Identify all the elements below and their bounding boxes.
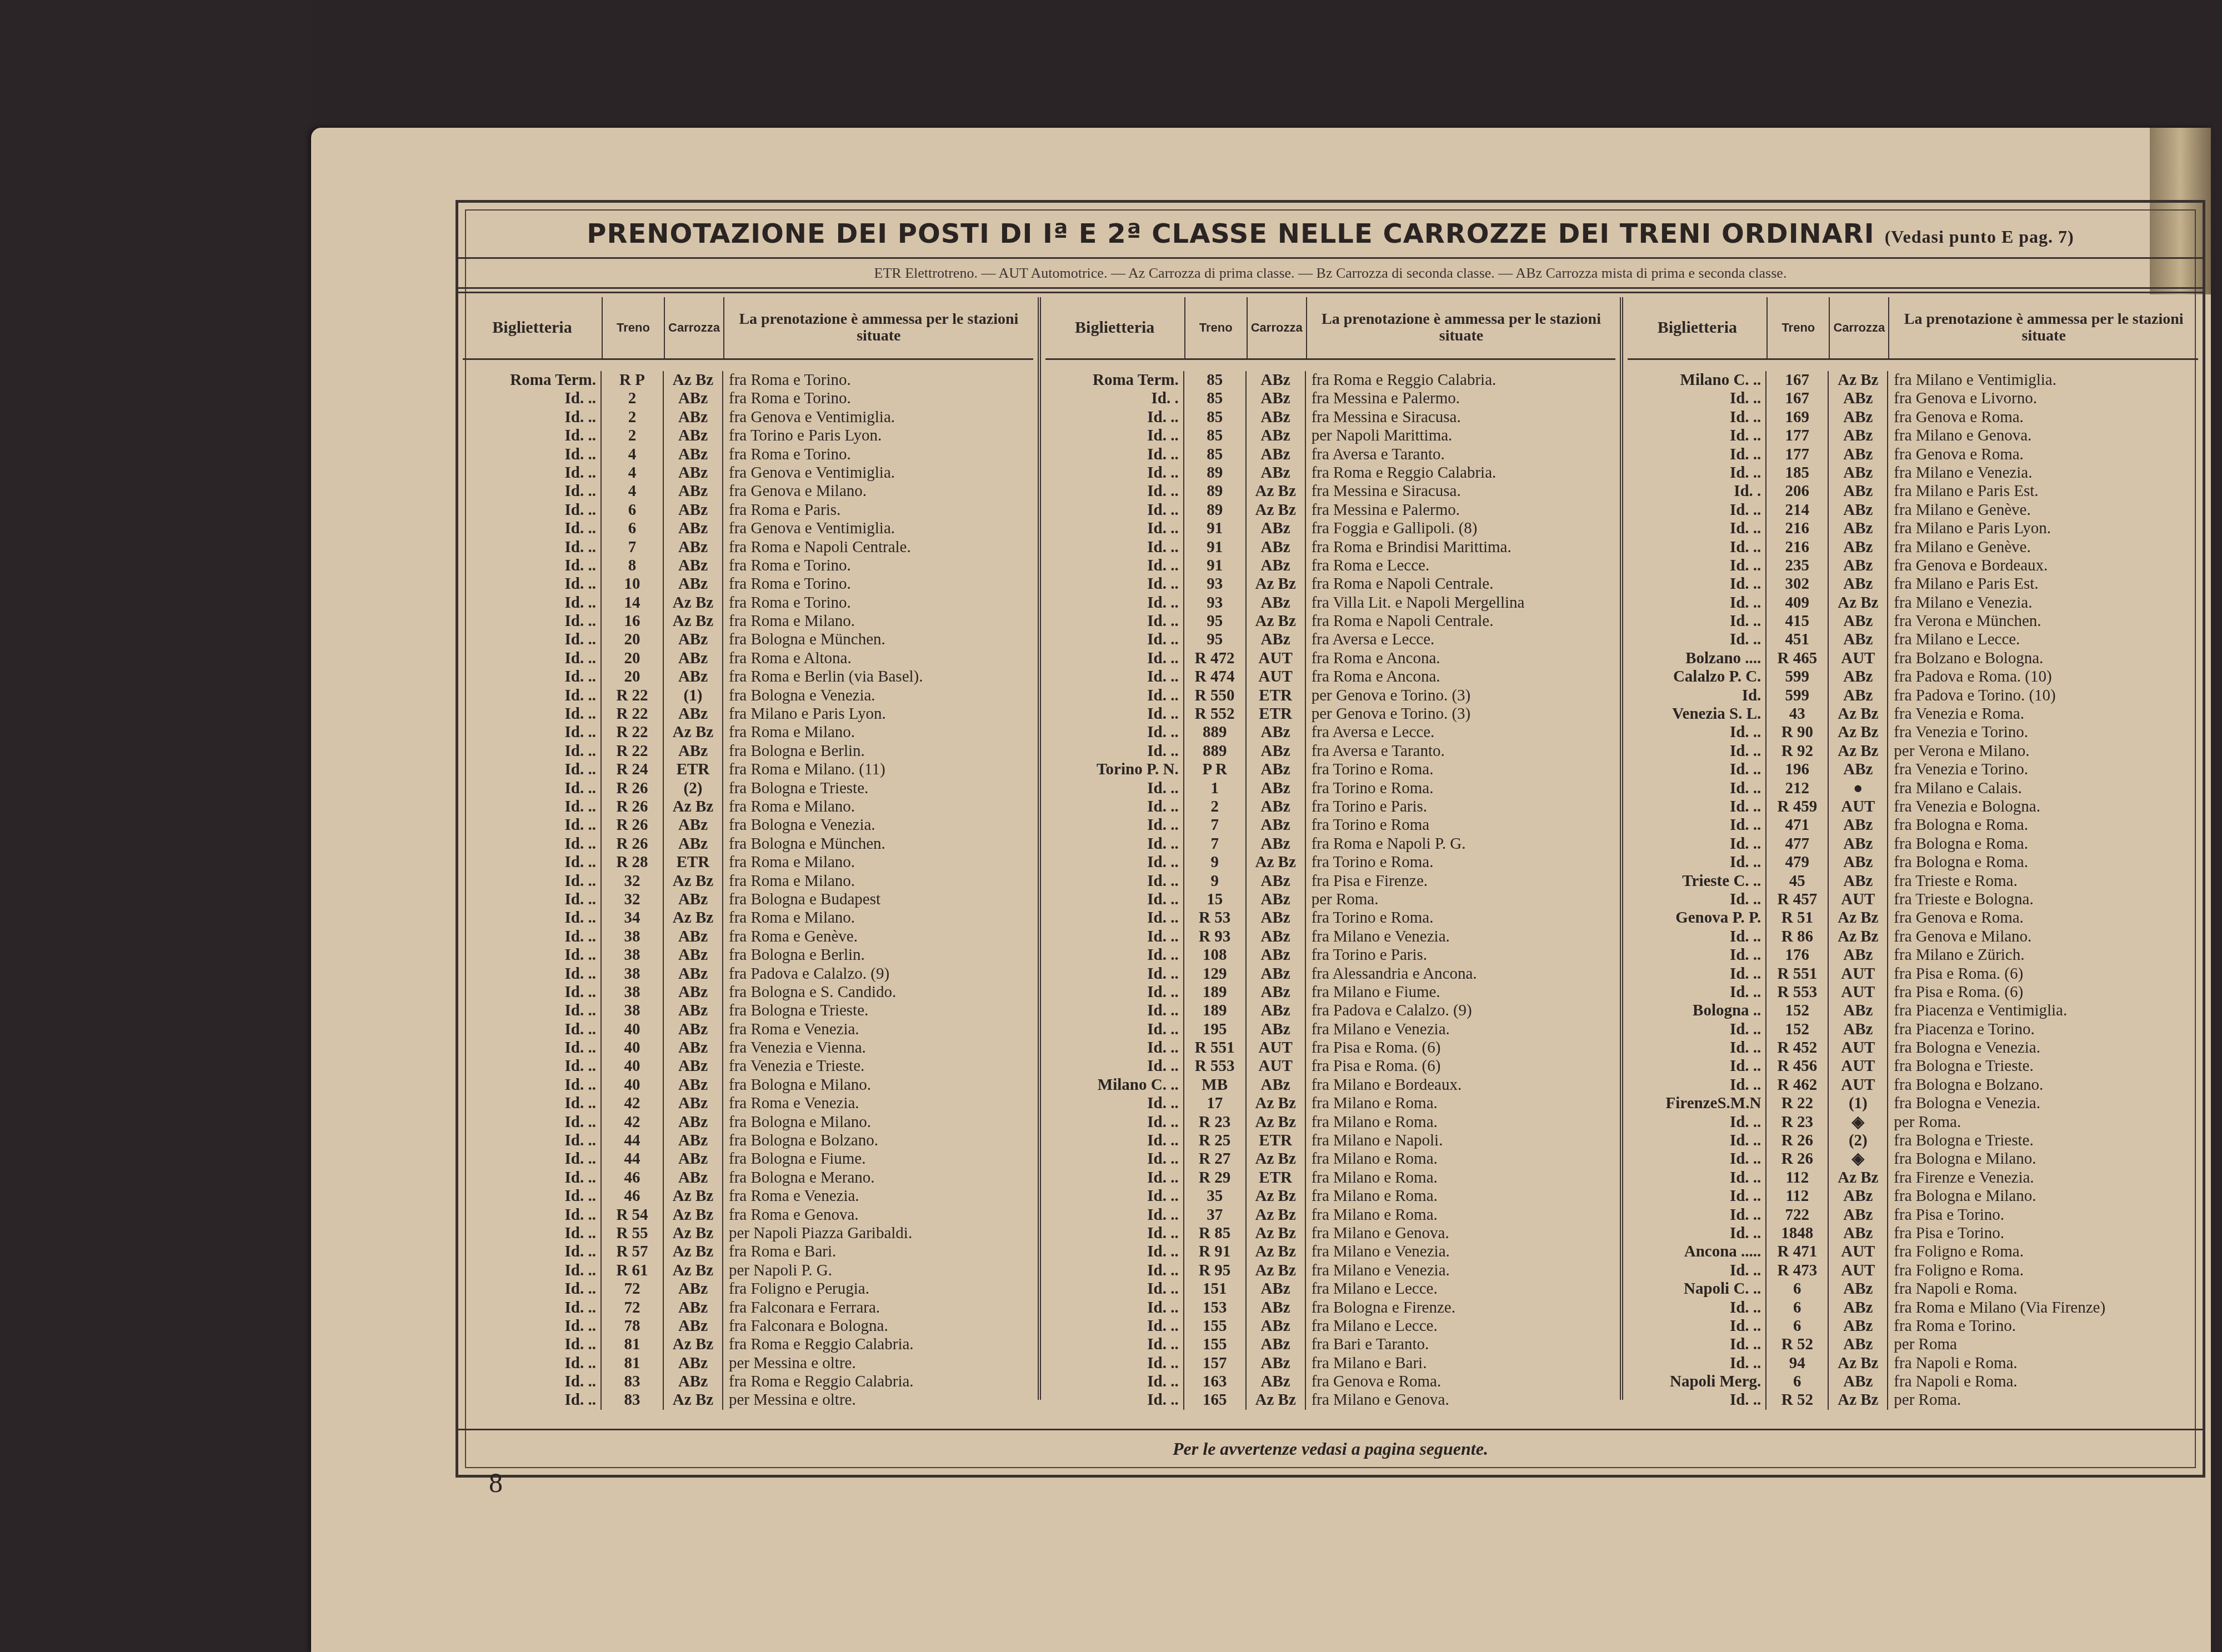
route-cell: fra Roma e Napoli Centrale. <box>1306 575 1616 593</box>
table-row: Id. ..167ABzfra Genova e Livorno. <box>1628 389 2198 408</box>
station-cell: Id. .. <box>1045 594 1184 612</box>
table-row: Napoli C. ..6ABzfra Napoli e Roma. <box>1628 1280 2198 1298</box>
car-cell: Az Bz <box>664 723 723 742</box>
divider <box>458 257 2203 259</box>
table-block-1: Biglietteria Treno Carrozza La prenotazi… <box>458 297 1041 1400</box>
table-row: Roma Term.85ABzfra Roma e Reggio Calabri… <box>1045 371 1616 389</box>
car-cell: AUT <box>1829 1243 1888 1261</box>
car-cell: Az Bz <box>1247 1206 1306 1224</box>
header-station: Biglietteria <box>1045 297 1185 358</box>
station-cell: Id. .. <box>1628 1224 1766 1243</box>
route-cell: per Roma. <box>1888 1113 2198 1132</box>
car-cell: ETR <box>1247 1132 1306 1150</box>
station-cell: Id. .. <box>1045 445 1184 464</box>
car-cell: ABz <box>1829 538 1888 557</box>
route-cell: fra Foligno e Perugia. <box>723 1280 1033 1298</box>
table-row: Id. ..72ABzfra Foligno e Perugia. <box>463 1280 1033 1298</box>
route-cell: fra Bologna e Roma. <box>1888 835 2198 853</box>
table-row: Id. ..415ABzfra Verona e München. <box>1628 612 2198 630</box>
car-cell: Az Bz <box>664 872 723 890</box>
car-cell: ABz <box>1247 464 1306 482</box>
route-cell: fra Bologna e München. <box>723 630 1033 649</box>
station-cell: Id. .. <box>1628 928 1766 946</box>
table-row: Id. ..R 28ETRfra Roma e Milano. <box>463 853 1033 872</box>
route-cell: fra Bologna e Milano. <box>1888 1150 2198 1168</box>
train-cell: 7 <box>1184 816 1247 834</box>
car-cell: ABz <box>664 705 723 723</box>
station-cell: Id. .. <box>1045 890 1184 909</box>
table-row: Id. ..83Az Bzper Messina e oltre. <box>463 1391 1033 1409</box>
route-cell: fra Roma e Reggio Calabria. <box>1306 371 1616 389</box>
car-cell: ABz <box>664 501 723 519</box>
table-row: Id. ..R 54Az Bzfra Roma e Genova. <box>463 1206 1033 1224</box>
table-row: Id. ..471ABzfra Bologna e Roma. <box>1628 816 2198 834</box>
route-cell: fra Bari e Taranto. <box>1306 1335 1616 1354</box>
station-cell: Id. .. <box>463 779 602 798</box>
table-row: Id. ..85ABzfra Aversa e Taranto. <box>1045 445 1616 464</box>
car-cell: ABz <box>1829 760 1888 779</box>
train-cell: 40 <box>602 1020 664 1039</box>
station-cell: Id. .. <box>1628 890 1766 909</box>
table-row: Id. ..40ABzfra Roma e Venezia. <box>463 1020 1033 1039</box>
table-row: Id. ..20ABzfra Roma e Altona. <box>463 649 1033 668</box>
train-cell: 42 <box>602 1113 664 1132</box>
car-cell: Az Bz <box>664 1391 723 1409</box>
train-cell: 85 <box>1184 389 1247 408</box>
table-row: Id. ..72ABzfra Falconara e Ferrara. <box>463 1299 1033 1317</box>
train-cell: R 472 <box>1184 649 1247 668</box>
train-cell: R 57 <box>602 1243 664 1261</box>
train-cell: 14 <box>602 594 664 612</box>
station-cell: Id. .. <box>463 872 602 890</box>
station-cell: Id. .. <box>1045 1261 1184 1280</box>
station-cell: Id. .. <box>463 408 602 427</box>
station-cell: Id. .. <box>1628 1020 1766 1039</box>
train-cell: 46 <box>602 1169 664 1187</box>
table-row: Id. ..R 457AUTfra Trieste e Bologna. <box>1628 890 2198 909</box>
car-cell: ABz <box>1829 668 1888 686</box>
car-cell: ABz <box>1247 445 1306 464</box>
table-row: Id. ..14Az Bzfra Roma e Torino. <box>463 594 1033 612</box>
table-row: Id. ..6ABzfra Roma e Torino. <box>1628 1317 2198 1335</box>
station-cell: Id. .. <box>1045 1335 1184 1354</box>
route-cell: fra Roma e Genova. <box>723 1206 1033 1224</box>
train-cell: 1848 <box>1766 1224 1829 1243</box>
table-row: Id. .85ABzfra Messina e Palermo. <box>1045 389 1616 408</box>
table-row: Bolzano ....R 465AUTfra Bolzano e Bologn… <box>1628 649 2198 668</box>
train-cell: 95 <box>1184 630 1247 649</box>
car-cell: Az Bz <box>664 1224 723 1243</box>
route-cell: fra Bologna e Firenze. <box>1306 1299 1616 1317</box>
table-row: Roma Term.R PAz Bzfra Roma e Torino. <box>463 371 1033 389</box>
station-cell: Id. .. <box>463 519 602 538</box>
station-cell: Napoli Merg. <box>1628 1373 1766 1391</box>
station-cell: Id. .. <box>463 389 602 408</box>
train-cell: R 553 <box>1184 1057 1247 1075</box>
station-cell: Id. .. <box>463 760 602 779</box>
table-row: Id. ..R 26Az Bzfra Roma e Milano. <box>463 798 1033 816</box>
table-row: Id. ..R 23◈per Roma. <box>1628 1113 2198 1132</box>
station-cell: Id. .. <box>463 928 602 946</box>
route-cell: fra Genova e Bordeaux. <box>1888 557 2198 575</box>
station-cell: Id. .. <box>1045 649 1184 668</box>
station-cell: Id. .. <box>1628 1132 1766 1150</box>
table-row: Id. ..889ABzfra Aversa e Lecce. <box>1045 723 1616 742</box>
divider <box>458 292 2203 293</box>
car-cell: ABz <box>1247 816 1306 834</box>
table-row: Id. ..151ABzfra Milano e Lecce. <box>1045 1280 1616 1298</box>
route-cell: fra Foligno e Roma. <box>1888 1243 2198 1261</box>
route-cell: per Messina e oltre. <box>723 1354 1033 1373</box>
table-row: Id. ..17Az Bzfra Milano e Roma. <box>1045 1094 1616 1113</box>
train-cell: 35 <box>1184 1187 1247 1205</box>
table-row: Id. ..R 462AUTfra Bologna e Bolzano. <box>1628 1076 2198 1094</box>
table-row: Id. ..89Az Bzfra Messina e Palermo. <box>1045 501 1616 519</box>
table-header: Biglietteria Treno Carrozza La prenotazi… <box>463 297 1033 360</box>
station-cell: Id. .. <box>1628 408 1766 427</box>
table-row: Id. ..R 452AUTfra Bologna e Venezia. <box>1628 1039 2198 1057</box>
station-cell: FirenzeS.M.N <box>1628 1094 1766 1113</box>
train-cell: 45 <box>1766 872 1829 890</box>
station-cell: Id. .. <box>1628 1169 1766 1187</box>
table-row: Id. ..83ABzfra Roma e Reggio Calabria. <box>463 1373 1033 1391</box>
train-cell: 152 <box>1766 1002 1829 1020</box>
table-row: Id. ..R 26(2)fra Bologna e Trieste. <box>463 779 1033 798</box>
station-cell: Id. .. <box>1628 1354 1766 1373</box>
train-cell: 112 <box>1766 1169 1829 1187</box>
station-cell: Id. .. <box>1628 723 1766 742</box>
car-cell: ● <box>1829 779 1888 798</box>
route-cell: fra Bologna e Berlin. <box>723 946 1033 964</box>
station-cell: Id. .. <box>1045 501 1184 519</box>
train-cell: 4 <box>602 445 664 464</box>
car-cell: Az Bz <box>1247 1187 1306 1205</box>
route-cell: fra Milano e Venezia. <box>1888 594 2198 612</box>
route-cell: fra Napoli e Roma. <box>1888 1373 2198 1391</box>
car-cell: AUT <box>1829 649 1888 668</box>
table-row: Id. ..R 456AUTfra Bologna e Trieste. <box>1628 1057 2198 1075</box>
station-cell: Id. .. <box>463 1187 602 1205</box>
train-cell: 167 <box>1766 371 1829 389</box>
table-row: Id. ..R 27Az Bzfra Milano e Roma. <box>1045 1150 1616 1168</box>
station-cell: Id. .. <box>1045 1224 1184 1243</box>
route-cell: fra Venezia e Torino. <box>1888 723 2198 742</box>
train-cell: 40 <box>602 1076 664 1094</box>
header-desc: La prenotazione è ammessa per le stazion… <box>724 297 1033 358</box>
table-row: Id. ..R 22(1)fra Bologna e Venezia. <box>463 687 1033 705</box>
car-cell: Az Bz <box>1829 928 1888 946</box>
table-row: Id. ..R 91Az Bzfra Milano e Venezia. <box>1045 1243 1616 1261</box>
train-cell: R 95 <box>1184 1261 1247 1280</box>
train-cell: 6 <box>1766 1299 1829 1317</box>
route-cell: fra Villa Lit. e Napoli Mergellina <box>1306 594 1616 612</box>
route-cell: fra Milano e Venezia. <box>1306 1243 1616 1261</box>
table-row: Milano C. ..167Az Bzfra Milano e Ventimi… <box>1628 371 2198 389</box>
table-row: Id. ..722ABzfra Pisa e Torino. <box>1628 1206 2198 1224</box>
route-cell: fra Napoli e Roma. <box>1888 1354 2198 1373</box>
route-cell: fra Roma e Bari. <box>723 1243 1033 1261</box>
station-cell: Id. .. <box>1045 1094 1184 1113</box>
route-cell: fra Padova e Calalzo. (9) <box>1306 1002 1616 1020</box>
table-row: Genova P. P.R 51Az Bzfra Genova e Roma. <box>1628 909 2198 927</box>
train-cell: 85 <box>1184 371 1247 389</box>
table-row: Id. ..R 22Az Bzfra Roma e Milano. <box>463 723 1033 742</box>
car-cell: ABz <box>664 1057 723 1075</box>
car-cell: ABz <box>1247 890 1306 909</box>
train-cell: R 86 <box>1766 928 1829 946</box>
table-row: Id. ..889ABzfra Aversa e Taranto. <box>1045 742 1616 760</box>
route-cell: fra Roma e Torino. <box>723 389 1033 408</box>
car-cell: Az Bz <box>664 594 723 612</box>
table-block-3: Biglietteria Treno Carrozza La prenotazi… <box>1623 297 2203 1400</box>
car-cell: ABz <box>1247 835 1306 853</box>
station-cell: Id. .. <box>1628 1113 1766 1132</box>
car-cell: ABz <box>1829 946 1888 964</box>
train-cell: R 23 <box>1184 1113 1247 1132</box>
train-cell: 302 <box>1766 575 1829 593</box>
table-row: Calalzo P. C.599ABzfra Padova e Roma. (1… <box>1628 668 2198 686</box>
station-cell: Id. .. <box>1628 1206 1766 1224</box>
station-cell: Id. .. <box>1045 1391 1184 1409</box>
station-cell: Id. .. <box>1045 1243 1184 1261</box>
table-row: Id. ..94Az Bzfra Napoli e Roma. <box>1628 1354 2198 1373</box>
table-row: Id. ..409Az Bzfra Milano e Venezia. <box>1628 594 2198 612</box>
train-cell: 216 <box>1766 538 1829 557</box>
train-cell: 479 <box>1766 853 1829 872</box>
car-cell: ABz <box>1829 612 1888 630</box>
train-cell: 889 <box>1184 723 1247 742</box>
table-row: Id. ..R 24ETRfra Roma e Milano. (11) <box>463 760 1033 779</box>
train-cell: R 456 <box>1766 1057 1829 1075</box>
table-row: Id. ..46ABzfra Bologna e Merano. <box>463 1169 1033 1187</box>
table-row: Id. ..81Az Bzfra Roma e Reggio Calabria. <box>463 1335 1033 1354</box>
footer-note: Per le avvertenze vedasi a pagina seguen… <box>458 1439 2203 1459</box>
station-cell: Id. .. <box>1628 1076 1766 1094</box>
route-cell: fra Trieste e Bologna. <box>1888 890 2198 909</box>
station-cell: Id. .. <box>463 1076 602 1094</box>
table-row: Id. ..R 29ETRfra Milano e Roma. <box>1045 1169 1616 1187</box>
route-cell: fra Milano e Roma. <box>1306 1206 1616 1224</box>
route-cell: fra Firenze e Venezia. <box>1888 1169 2198 1187</box>
route-cell: fra Roma e Milano. (11) <box>723 760 1033 779</box>
route-cell: fra Torino e Paris. <box>1306 798 1616 816</box>
station-cell: Id. .. <box>1045 965 1184 983</box>
car-cell: AUT <box>1247 649 1306 668</box>
train-cell: R 553 <box>1766 983 1829 1002</box>
route-cell: fra Milano e Roma. <box>1306 1150 1616 1168</box>
train-cell: 155 <box>1184 1317 1247 1335</box>
table-row: Id. ..2ABzfra Torino e Paris Lyon. <box>463 427 1033 445</box>
station-cell: Id. <box>1628 687 1766 705</box>
route-cell: fra Bolzano e Bologna. <box>1888 649 2198 668</box>
car-cell: ABz <box>664 1317 723 1335</box>
station-cell: Id. .. <box>1045 835 1184 853</box>
route-cell: fra Genova e Ventimiglia. <box>723 519 1033 538</box>
train-cell: 185 <box>1766 464 1829 482</box>
table-row: Id. ..4ABzfra Genova e Milano. <box>463 482 1033 500</box>
station-cell: Id. .. <box>463 1206 602 1224</box>
car-cell: ABz <box>1247 983 1306 1002</box>
train-cell: R 25 <box>1184 1132 1247 1150</box>
train-cell: 2 <box>602 427 664 445</box>
train-cell: R 22 <box>602 723 664 742</box>
car-cell: ABz <box>664 427 723 445</box>
route-cell: fra Torino e Paris Lyon. <box>723 427 1033 445</box>
car-cell: AUT <box>1829 798 1888 816</box>
table-row: Id. ..R 22ABzfra Milano e Paris Lyon. <box>463 705 1033 723</box>
train-cell: 38 <box>602 946 664 964</box>
station-cell: Id. .. <box>1045 630 1184 649</box>
train-cell: 89 <box>1184 464 1247 482</box>
route-cell: fra Roma e Ancona. <box>1306 649 1616 668</box>
route-cell: fra Pisa e Torino. <box>1888 1224 2198 1243</box>
train-cell: R 465 <box>1766 649 1829 668</box>
station-cell: Id. .. <box>463 1280 602 1298</box>
table-row: Id. ..38ABzfra Bologna e S. Candido. <box>463 983 1033 1002</box>
train-cell: 38 <box>602 928 664 946</box>
car-cell: ABz <box>664 1132 723 1150</box>
route-cell: fra Roma e Brindisi Marittima. <box>1306 538 1616 557</box>
car-cell: Az Bz <box>1829 1354 1888 1373</box>
route-cell: fra Pisa e Torino. <box>1888 1206 2198 1224</box>
car-cell: ABz <box>1247 371 1306 389</box>
station-cell: Id. .. <box>1045 742 1184 760</box>
car-cell: ABz <box>1829 872 1888 890</box>
car-cell: ETR <box>664 760 723 779</box>
table-row: Id. ..7ABzfra Roma e Napoli P. G. <box>1045 835 1616 853</box>
route-cell: per Genova e Torino. (3) <box>1306 687 1616 705</box>
route-cell: fra Roma e Torino. <box>723 594 1033 612</box>
car-cell: ABz <box>1829 1299 1888 1317</box>
car-cell: ABz <box>1247 779 1306 798</box>
route-cell: fra Messina e Palermo. <box>1306 389 1616 408</box>
car-cell: (2) <box>1829 1132 1888 1150</box>
table-row: Id. ..85ABzper Napoli Marittima. <box>1045 427 1616 445</box>
route-cell: fra Verona e München. <box>1888 612 2198 630</box>
table-row: Id. ..189ABzfra Milano e Fiume. <box>1045 983 1616 1002</box>
station-cell: Id. .. <box>463 538 602 557</box>
table-row: Id. ..R 90Az Bzfra Venezia e Torino. <box>1628 723 2198 742</box>
train-cell: 722 <box>1766 1206 1829 1224</box>
table-row: Id. .206ABzfra Milano e Paris Est. <box>1628 482 2198 500</box>
route-cell: fra Milano e Roma. <box>1306 1113 1616 1132</box>
station-cell: Ancona ..... <box>1628 1243 1766 1261</box>
train-cell: 9 <box>1184 853 1247 872</box>
route-cell: fra Milano e Roma. <box>1306 1094 1616 1113</box>
train-cell: 40 <box>602 1039 664 1057</box>
car-cell: ABz <box>1829 408 1888 427</box>
train-cell: 85 <box>1184 427 1247 445</box>
train-cell: R 53 <box>1184 909 1247 927</box>
car-cell: ABz <box>1829 427 1888 445</box>
station-cell: Id. .. <box>1045 816 1184 834</box>
train-cell: 10 <box>602 575 664 593</box>
station-cell: Id. .. <box>1628 1317 1766 1335</box>
car-cell: ABz <box>1829 1280 1888 1298</box>
train-cell: 477 <box>1766 835 1829 853</box>
route-cell: fra Bologna e Venezia. <box>723 816 1033 834</box>
car-cell: ABz <box>664 464 723 482</box>
table-row: Venezia S. L.43Az Bzfra Venezia e Roma. <box>1628 705 2198 723</box>
car-cell: ABz <box>664 946 723 964</box>
route-cell: per Napoli Piazza Garibaldi. <box>723 1224 1033 1243</box>
table-row: Id. ..95ABzfra Aversa e Lecce. <box>1045 630 1616 649</box>
car-cell: Az Bz <box>1247 1224 1306 1243</box>
station-cell: Id. .. <box>1045 538 1184 557</box>
route-cell: fra Roma e Napoli P. G. <box>1306 835 1616 853</box>
route-cell: fra Roma e Berlin (via Basel). <box>723 668 1033 686</box>
car-cell: Az Bz <box>1247 1261 1306 1280</box>
station-cell: Id. .. <box>463 427 602 445</box>
car-cell: AUT <box>1829 983 1888 1002</box>
car-cell: ABz <box>1247 1002 1306 1020</box>
train-cell: 85 <box>1184 408 1247 427</box>
station-cell: Id. .. <box>1045 1299 1184 1317</box>
station-cell: Id. .. <box>1628 1039 1766 1057</box>
train-cell: R 26 <box>602 835 664 853</box>
station-cell: Id. .. <box>463 1039 602 1057</box>
car-cell: Az Bz <box>1829 594 1888 612</box>
train-cell: R 22 <box>602 705 664 723</box>
car-cell: Az Bz <box>1247 575 1306 593</box>
train-cell: 1 <box>1184 779 1247 798</box>
station-cell: Id. .. <box>1628 389 1766 408</box>
station-cell: Id. .. <box>1628 464 1766 482</box>
train-cell: 40 <box>602 1057 664 1075</box>
station-cell: Milano C. .. <box>1628 371 1766 389</box>
train-cell: R 26 <box>602 816 664 834</box>
car-cell: ABz <box>664 538 723 557</box>
station-cell: Id. .. <box>1045 1206 1184 1224</box>
table-row: Id. ..R 22ABzfra Bologna e Berlin. <box>463 742 1033 760</box>
train-cell: 471 <box>1766 816 1829 834</box>
route-cell: fra Padova e Roma. (10) <box>1888 668 2198 686</box>
table-row: Id. ..R 551AUTfra Pisa e Roma. (6) <box>1045 1039 1616 1057</box>
route-cell: fra Roma e Napoli Centrale. <box>723 538 1033 557</box>
car-cell: Az Bz <box>1829 1391 1888 1409</box>
table-row: Id. ..R 553AUTfra Pisa e Roma. (6) <box>1045 1057 1616 1075</box>
train-cell: 15 <box>1184 890 1247 909</box>
train-cell: R 85 <box>1184 1224 1247 1243</box>
route-cell: fra Pisa e Roma. (6) <box>1306 1057 1616 1075</box>
train-cell: 16 <box>602 612 664 630</box>
table-row: Id. ..R 26ABzfra Bologna e München. <box>463 835 1033 853</box>
route-cell: fra Bologna e Berlin. <box>723 742 1033 760</box>
car-cell: ABz <box>1829 557 1888 575</box>
train-cell: 34 <box>602 909 664 927</box>
train-cell: 89 <box>1184 482 1247 500</box>
train-cell: R 52 <box>1766 1335 1829 1354</box>
car-cell: ABz <box>664 1299 723 1317</box>
station-cell: Id. .. <box>1045 519 1184 538</box>
table-row: Id. ..93ABzfra Villa Lit. e Napoli Merge… <box>1045 594 1616 612</box>
route-cell: fra Milano e Zürich. <box>1888 946 2198 964</box>
station-cell: Id. .. <box>1045 853 1184 872</box>
train-cell: 4 <box>602 482 664 500</box>
train-cell: 91 <box>1184 538 1247 557</box>
car-cell: ABz <box>1247 928 1306 946</box>
table-rows: Roma Term.R PAz Bzfra Roma e Torino.Id. … <box>463 371 1033 1410</box>
station-cell: Id. .. <box>1628 427 1766 445</box>
route-cell: per Roma. <box>1306 890 1616 909</box>
table-row: Id. ..85ABzfra Messina e Siracusa. <box>1045 408 1616 427</box>
station-cell: Id. .. <box>1628 630 1766 649</box>
car-cell: ABz <box>664 1113 723 1132</box>
station-cell: Id. .. <box>1628 983 1766 1002</box>
train-cell: 4 <box>602 464 664 482</box>
car-cell: (2) <box>664 779 723 798</box>
table-row: Id. ..302ABzfra Milano e Paris Est. <box>1628 575 2198 593</box>
